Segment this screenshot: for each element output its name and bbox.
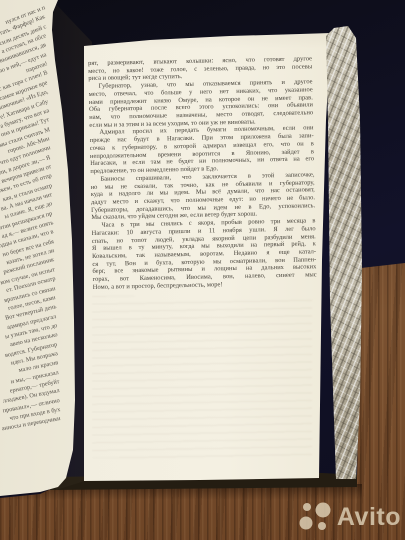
avito-logo-icon [297,500,333,534]
watermark: Avito [297,500,401,534]
page-showthrough [92,296,312,458]
book-photo: рят, размеривают, втыкают колышки: ясно,… [0,0,405,540]
watermark-label: Avito [337,503,401,532]
right-page-text: рят, размеривают, втыкают колышки: ясно,… [88,55,317,291]
